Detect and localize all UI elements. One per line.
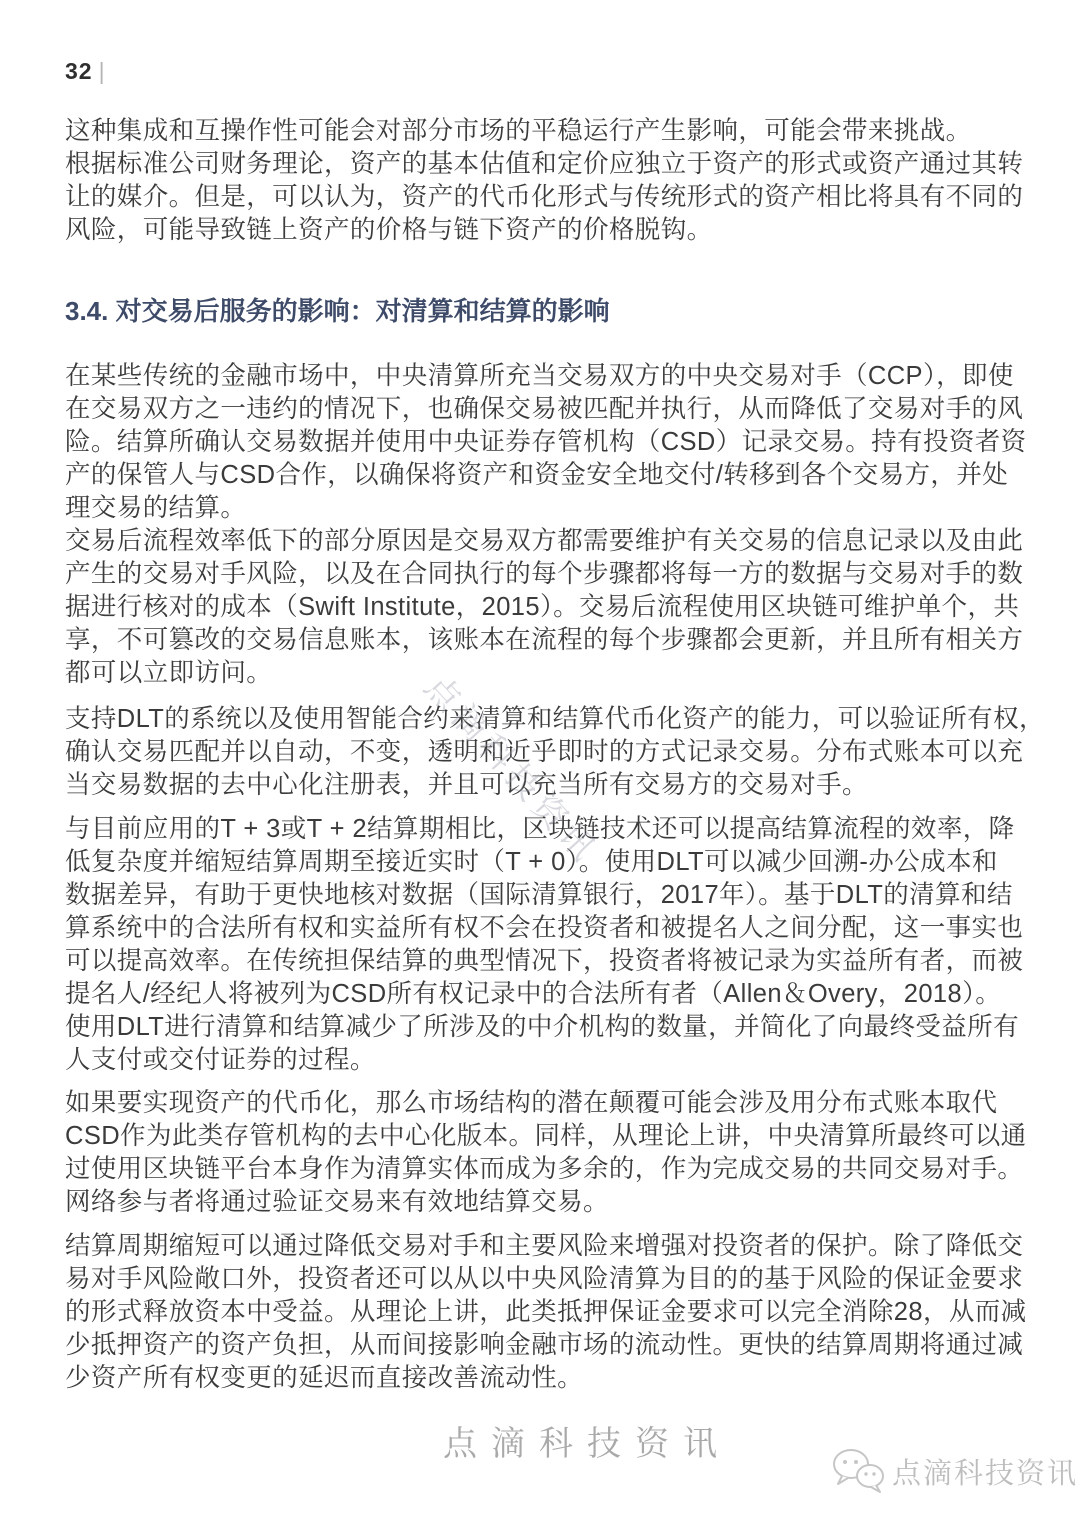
text-line: 人支付或交付证券的过程。	[65, 1044, 1015, 1077]
text-line: 让的媒介。但是，可以认为，资产的代币化形式与传统形式的资产相比将具有不同的	[65, 181, 1015, 214]
text-line: 低复杂度并缩短结算周期至接近实时（T + 0）。使用DLT可以减少回溯-办公成本…	[65, 846, 1015, 879]
text-line: 确认交易匹配并以自动，不变，透明和近乎即时的方式记录交易。分布式账本可以充	[65, 736, 1015, 769]
paragraph-posttrade: 交易后流程效率低下的部分原因是交易双方都需要维护有关交易的信息记录以及由此 产生…	[65, 525, 1015, 690]
text-line: 在某些传统的金融市场中，中央清算所充当交易双方的中央交易对手（CCP），即使	[65, 360, 1015, 393]
text-line: 的形式释放资本中受益。从理论上讲，此类抵押保证金要求可以完全消除28，从而减	[65, 1296, 1015, 1329]
text-line: 如果要实现资产的代币化，那么市场结构的潜在颠覆可能会涉及用分布式账本取代	[65, 1087, 1015, 1120]
paragraph-shorter-cycle: 结算周期缩短可以通过降低交易对手和主要风险来增强对投资者的保护。除了降低交 易对…	[65, 1230, 1015, 1395]
text-line: 产的保管人与CSD合作，以确保将资产和资金安全地交付/转移到各个交易方，并处	[65, 459, 1015, 492]
text-line: 提名人/经纪人将被列为CSD所有权记录中的合法所有者（Allen＆Overy，2…	[65, 978, 1015, 1011]
text-line: 结算周期缩短可以通过降低交易对手和主要风险来增强对投资者的保护。除了降低交	[65, 1230, 1015, 1263]
page-number-separator: |	[99, 58, 106, 84]
text-line: 在交易双方之一违约的情况下，也确保交易被匹配并执行，从而降低了交易对手的风	[65, 393, 1015, 426]
page-number-value: 32	[65, 58, 93, 84]
text-line: 据进行核对的成本（Swift Institute，2015）。交易后流程使用区块…	[65, 591, 1015, 624]
text-line: 这种集成和互操作性可能会对部分市场的平稳运行产生影响，可能会带来挑战。	[65, 115, 1015, 148]
text-line: 可以提高效率。在传统担保结算的典型情况下，投资者将被记录为实益所有者，而被	[65, 945, 1015, 978]
paragraph-tokenization: 如果要实现资产的代币化，那么市场结构的潜在颠覆可能会涉及用分布式账本取代 CSD…	[65, 1087, 1015, 1219]
text-line: 当交易数据的去中心化注册表，并且可以充当所有交易方的交易对手。	[65, 769, 1015, 802]
text-line: 产生的交易对手风险，以及在合同执行的每个步骤都将每一方的数据与交易对手的数	[65, 558, 1015, 591]
section-heading: 3.4. 对交易后服务的影响：对清算和结算的影响	[65, 295, 1015, 328]
text-line: 都可以立即访问。	[65, 657, 1015, 690]
document-page: 32| 这种集成和互操作性可能会对部分市场的平稳运行产生影响，可能会带来挑战。 …	[0, 0, 1080, 1529]
text-line: 易对手风险敞口外，投资者还可以从以中央风险清算为目的的基于风险的保证金要求	[65, 1263, 1015, 1296]
text-line: 享，不可篡改的交易信息账本，该账本在流程的每个步骤都会更新，并且所有相关方	[65, 624, 1015, 657]
text-line: 交易后流程效率低下的部分原因是交易双方都需要维护有关交易的信息记录以及由此	[65, 525, 1015, 558]
text-line: 使用DLT进行清算和结算减少了所涉及的中介机构的数量，并简化了向最终受益所有	[65, 1011, 1015, 1044]
text-line: 与目前应用的T + 3或T + 2结算期相比，区块链技术还可以提高结算流程的效率…	[65, 813, 1015, 846]
wechat-logo-icon	[830, 1444, 888, 1498]
footer-brand: 点滴科技资讯	[830, 1444, 1078, 1498]
text-line: 网络参与者将通过验证交易来有效地结算交易。	[65, 1186, 1015, 1219]
text-line: 理交易的结算。	[65, 492, 1015, 525]
footer-brand-text: 点滴科技资讯	[892, 1451, 1078, 1492]
page-content: 32| 这种集成和互操作性可能会对部分市场的平稳运行产生影响，可能会带来挑战。 …	[0, 58, 1080, 1395]
text-line: 过使用区块链平台本身作为清算实体而成为多余的，作为完成交易的共同交易对手。	[65, 1153, 1015, 1186]
paragraph-intro: 这种集成和互操作性可能会对部分市场的平稳运行产生影响，可能会带来挑战。 根据标准…	[65, 115, 1015, 247]
text-line: 支持DLT的系统以及使用智能合约来清算和结算代币化资产的能力，可以验证所有权，	[65, 703, 1015, 736]
paragraph-settlement-cycle: 与目前应用的T + 3或T + 2结算期相比，区块链技术还可以提高结算流程的效率…	[65, 813, 1015, 1077]
text-line: 少抵押资产的资产负担，从而间接影响金融市场的流动性。更快的结算周期将通过减	[65, 1329, 1015, 1362]
text-line: 根据标准公司财务理论，资产的基本估值和定价应独立于资产的形式或资产通过其转	[65, 148, 1015, 181]
paragraph-dlt-systems: 支持DLT的系统以及使用智能合约来清算和结算代币化资产的能力，可以验证所有权， …	[65, 703, 1015, 802]
text-line: 少资产所有权变更的延迟而直接改善流动性。	[65, 1362, 1015, 1395]
text-line: 数据差异，有助于更快地核对数据（国际清算银行，2017年）。基于DLT的清算和结	[65, 879, 1015, 912]
text-line: 险。结算所确认交易数据并使用中央证券存管机构（CSD）记录交易。持有投资者资	[65, 426, 1015, 459]
text-line: CSD作为此类存管机构的去中心化版本。同样，从理论上讲，中央清算所最终可以通	[65, 1120, 1015, 1153]
center-watermark: 点滴科技资讯	[443, 1416, 731, 1465]
paragraph-ccp: 在某些传统的金融市场中，中央清算所充当交易双方的中央交易对手（CCP），即使 在…	[65, 360, 1015, 525]
text-line: 风险，可能导致链上资产的价格与链下资产的价格脱钩。	[65, 214, 1015, 247]
page-number: 32|	[65, 58, 1015, 85]
text-line: 算系统中的合法所有权和实益所有权不会在投资者和被提名人之间分配，这一事实也	[65, 912, 1015, 945]
